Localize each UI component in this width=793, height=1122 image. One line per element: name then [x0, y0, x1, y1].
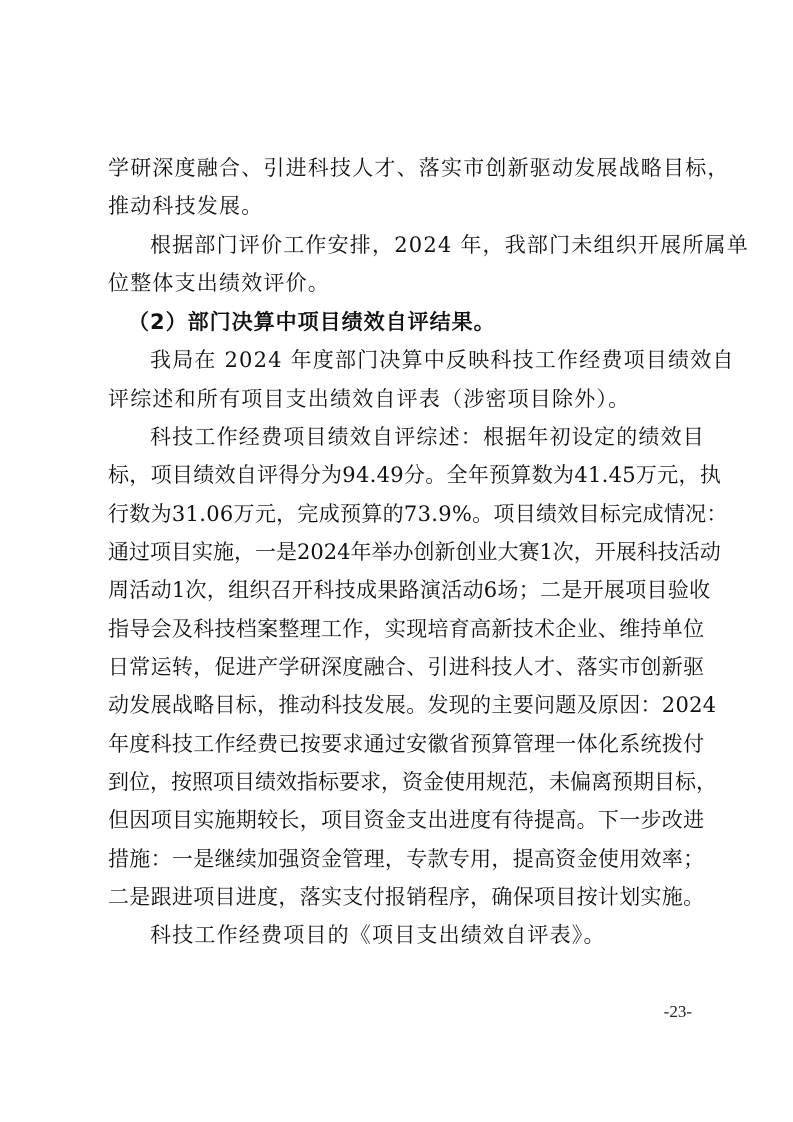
text-line-6: 我局在 2024 年度部门决算中反映科技工作经费项目绩效自 [150, 346, 690, 374]
text-line-12: 周活动1次，组织召开科技成果路演活动6场；二是开展项目验收 [108, 576, 690, 604]
text-line-8: 科技工作经费项目绩效自评综述：根据年初设定的绩效目 [150, 423, 690, 451]
text-line-17: 到位，按照项目绩效指标要求，资金使用规范，未偏离预期目标， [108, 768, 690, 796]
document-page: 学研深度融合、引进科技人才、落实市创新驱动发展战略目标， 推动科技发展。 根据部… [0, 0, 793, 1122]
text-line-18: 但因项目实施期较长，项目资金支出进度有待提高。下一步改进 [108, 806, 690, 834]
section-heading: （2）部门决算中项目绩效自评结果。 [128, 308, 688, 336]
text-line-10: 行数为31.06万元，完成预算的73.9%。项目绩效目标完成情况： [108, 500, 690, 528]
text-line-1: 学研深度融合、引进科技人才、落实市创新驱动发展战略目标， [108, 154, 690, 182]
page-number: -23- [640, 1000, 692, 1024]
text-line-19: 措施：一是继续加强资金管理，专款专用，提高资金使用效率； [108, 845, 690, 873]
text-line-13: 指导会及科技档案整理工作，实现培育高新技术企业、维持单位 [108, 615, 690, 643]
text-line-4: 位整体支出绩效评价。 [108, 269, 690, 297]
text-line-2: 推动科技发展。 [108, 192, 690, 220]
text-line-21: 科技工作经费项目的《项目支出绩效自评表》。 [150, 921, 690, 949]
text-line-15: 动发展战略目标，推动科技发展。发现的主要问题及原因：2024 [108, 691, 690, 719]
text-line-14: 日常运转，促进产学研深度融合、引进科技人才、落实市创新驱 [108, 653, 690, 681]
text-line-7: 评综述和所有项目支出绩效自评表（涉密项目除外）。 [108, 385, 690, 413]
text-line-11: 通过项目实施，一是2024年举办创新创业大赛1次，开展科技活动 [108, 538, 690, 566]
text-line-20: 二是跟进项目进度，落实支付报销程序，确保项目按计划实施。 [108, 883, 690, 911]
text-line-3: 根据部门评价工作安排，2024 年，我部门未组织开展所属单 [150, 231, 690, 259]
text-line-16: 年度科技工作经费已按要求通过安徽省预算管理一体化系统拨付 [108, 730, 690, 758]
text-line-9: 标，项目绩效自评得分为94.49分。全年预算数为41.45万元，执 [108, 461, 690, 489]
